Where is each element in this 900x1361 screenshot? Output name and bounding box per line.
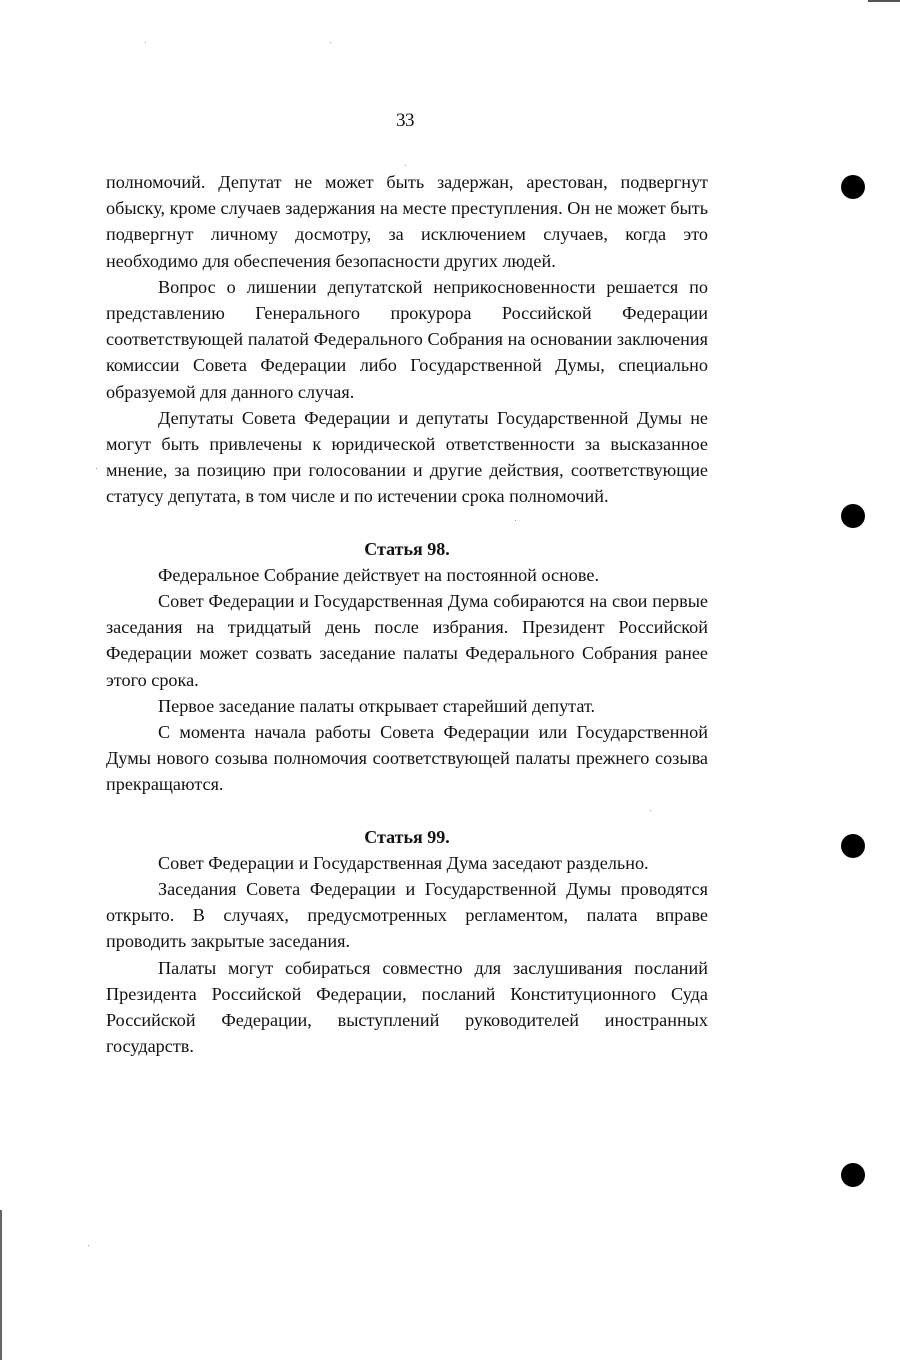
scan-speck [650,810,651,811]
paragraph: Палаты могут собираться совместно для за… [106,955,708,1060]
scanned-page: 33 полномочий. Депутат не может быть зад… [0,0,900,1361]
scan-speck [330,42,331,43]
document-body: полномочий. Депутат не может быть задерж… [106,169,708,1060]
punch-hole-icon [841,175,865,199]
scan-speck [96,468,97,469]
scan-speck [145,42,146,43]
scan-speck [515,520,516,521]
punch-hole-icon [841,1163,865,1187]
punch-hole-icon [841,834,865,858]
page-number: 33 [0,110,810,132]
paragraph: С момента начала работы Совета Федерации… [106,719,708,798]
paragraph: Совет Федерации и Государственная Дума с… [106,588,708,693]
paragraph: Федеральное Собрание действует на постоя… [106,562,708,588]
scan-edge-mark [0,1210,2,1360]
paragraph: Заседания Совета Федерации и Государстве… [106,876,708,955]
paragraph: Первое заседание палаты открывает старей… [106,693,708,719]
article-heading-99: Статья 99. [106,824,708,850]
punch-hole-icon [841,504,865,528]
scan-edge-line [868,0,900,2]
paragraph: Вопрос о лишении депутатской неприкоснов… [106,274,708,405]
paragraph: Депутаты Совета Федерации и депутаты Гос… [106,405,708,510]
scan-speck [88,1245,89,1246]
paragraph: Совет Федерации и Государственная Дума з… [106,850,708,876]
scan-speck [405,165,406,166]
article-heading-98: Статья 98. [106,536,708,562]
paragraph: полномочий. Депутат не может быть задерж… [106,169,708,274]
